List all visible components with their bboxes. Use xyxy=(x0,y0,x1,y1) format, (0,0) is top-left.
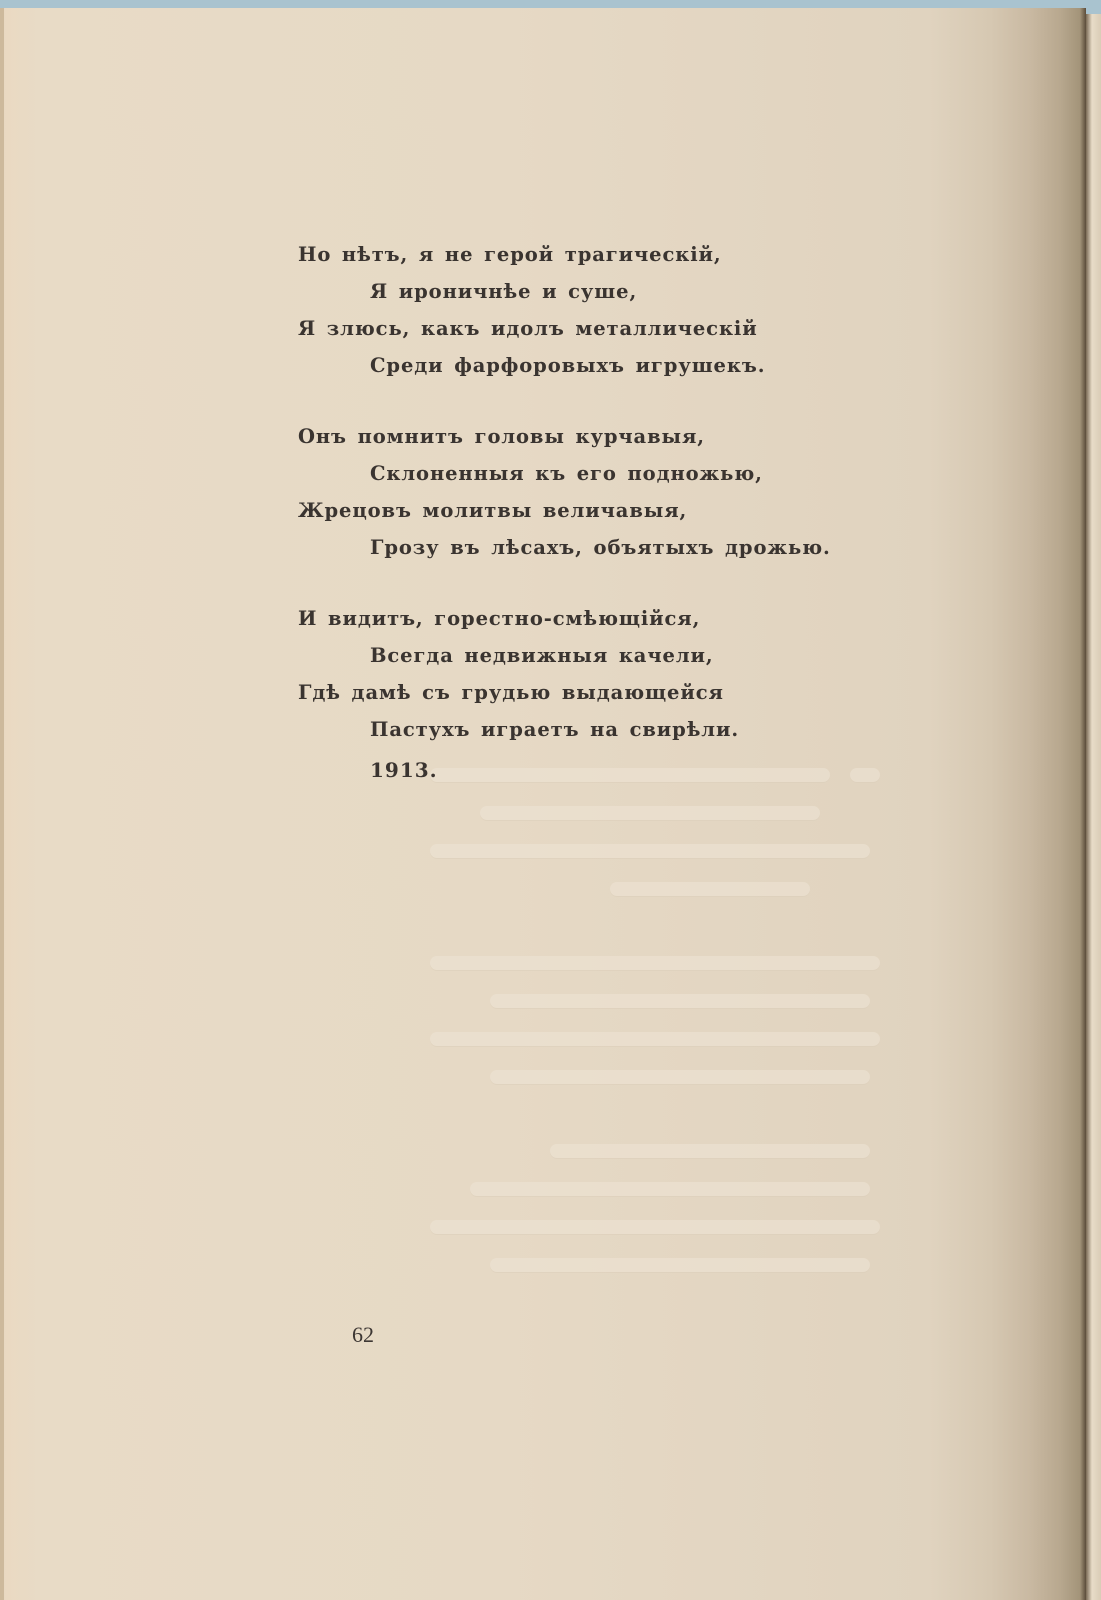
stanza-2: Онъ помнитъ головы курчавыя, Склоненныя … xyxy=(298,418,831,566)
verse-line: Грозу въ лѣсахъ, объятыхъ дрожью. xyxy=(298,529,831,566)
book-page: Но нѣтъ, я не герой трагическiй, Я ирони… xyxy=(0,8,1086,1600)
stanza-3: И видитъ, горестно-смѣющiйся, Всегда нед… xyxy=(298,600,831,748)
book-spine-edge xyxy=(1086,14,1101,1600)
verse-line: Всегда недвижныя качели, xyxy=(298,637,831,674)
poem-date: 1913. xyxy=(370,758,438,782)
verse-line: Пастухъ играетъ на свирѣли. xyxy=(298,711,831,748)
verse-line: Гдѣ дамѣ съ грудью выдающейся xyxy=(298,674,831,711)
verse-line: Жрецовъ молитвы величавыя, xyxy=(298,492,831,529)
stanza-1: Но нѣтъ, я не герой трагическiй, Я ирони… xyxy=(298,236,831,384)
page-number: 62 xyxy=(352,1322,374,1348)
verse-line: И видитъ, горестно-смѣющiйся, xyxy=(298,600,831,637)
verse-line: Я злюсь, какъ идолъ металлическiй xyxy=(298,310,831,347)
verse-line: Но нѣтъ, я не герой трагическiй, xyxy=(298,236,831,273)
verse-line: Я ироничнѣе и суше, xyxy=(298,273,831,310)
verse-line: Среди фарфоровыхъ игрушекъ. xyxy=(298,347,831,384)
reverse-side-show-through xyxy=(410,768,880,1268)
verse-line: Склоненныя къ его подножью, xyxy=(298,455,831,492)
verse-line: Онъ помнитъ головы курчавыя, xyxy=(298,418,831,455)
poem: Но нѣтъ, я не герой трагическiй, Я ирони… xyxy=(298,236,831,782)
